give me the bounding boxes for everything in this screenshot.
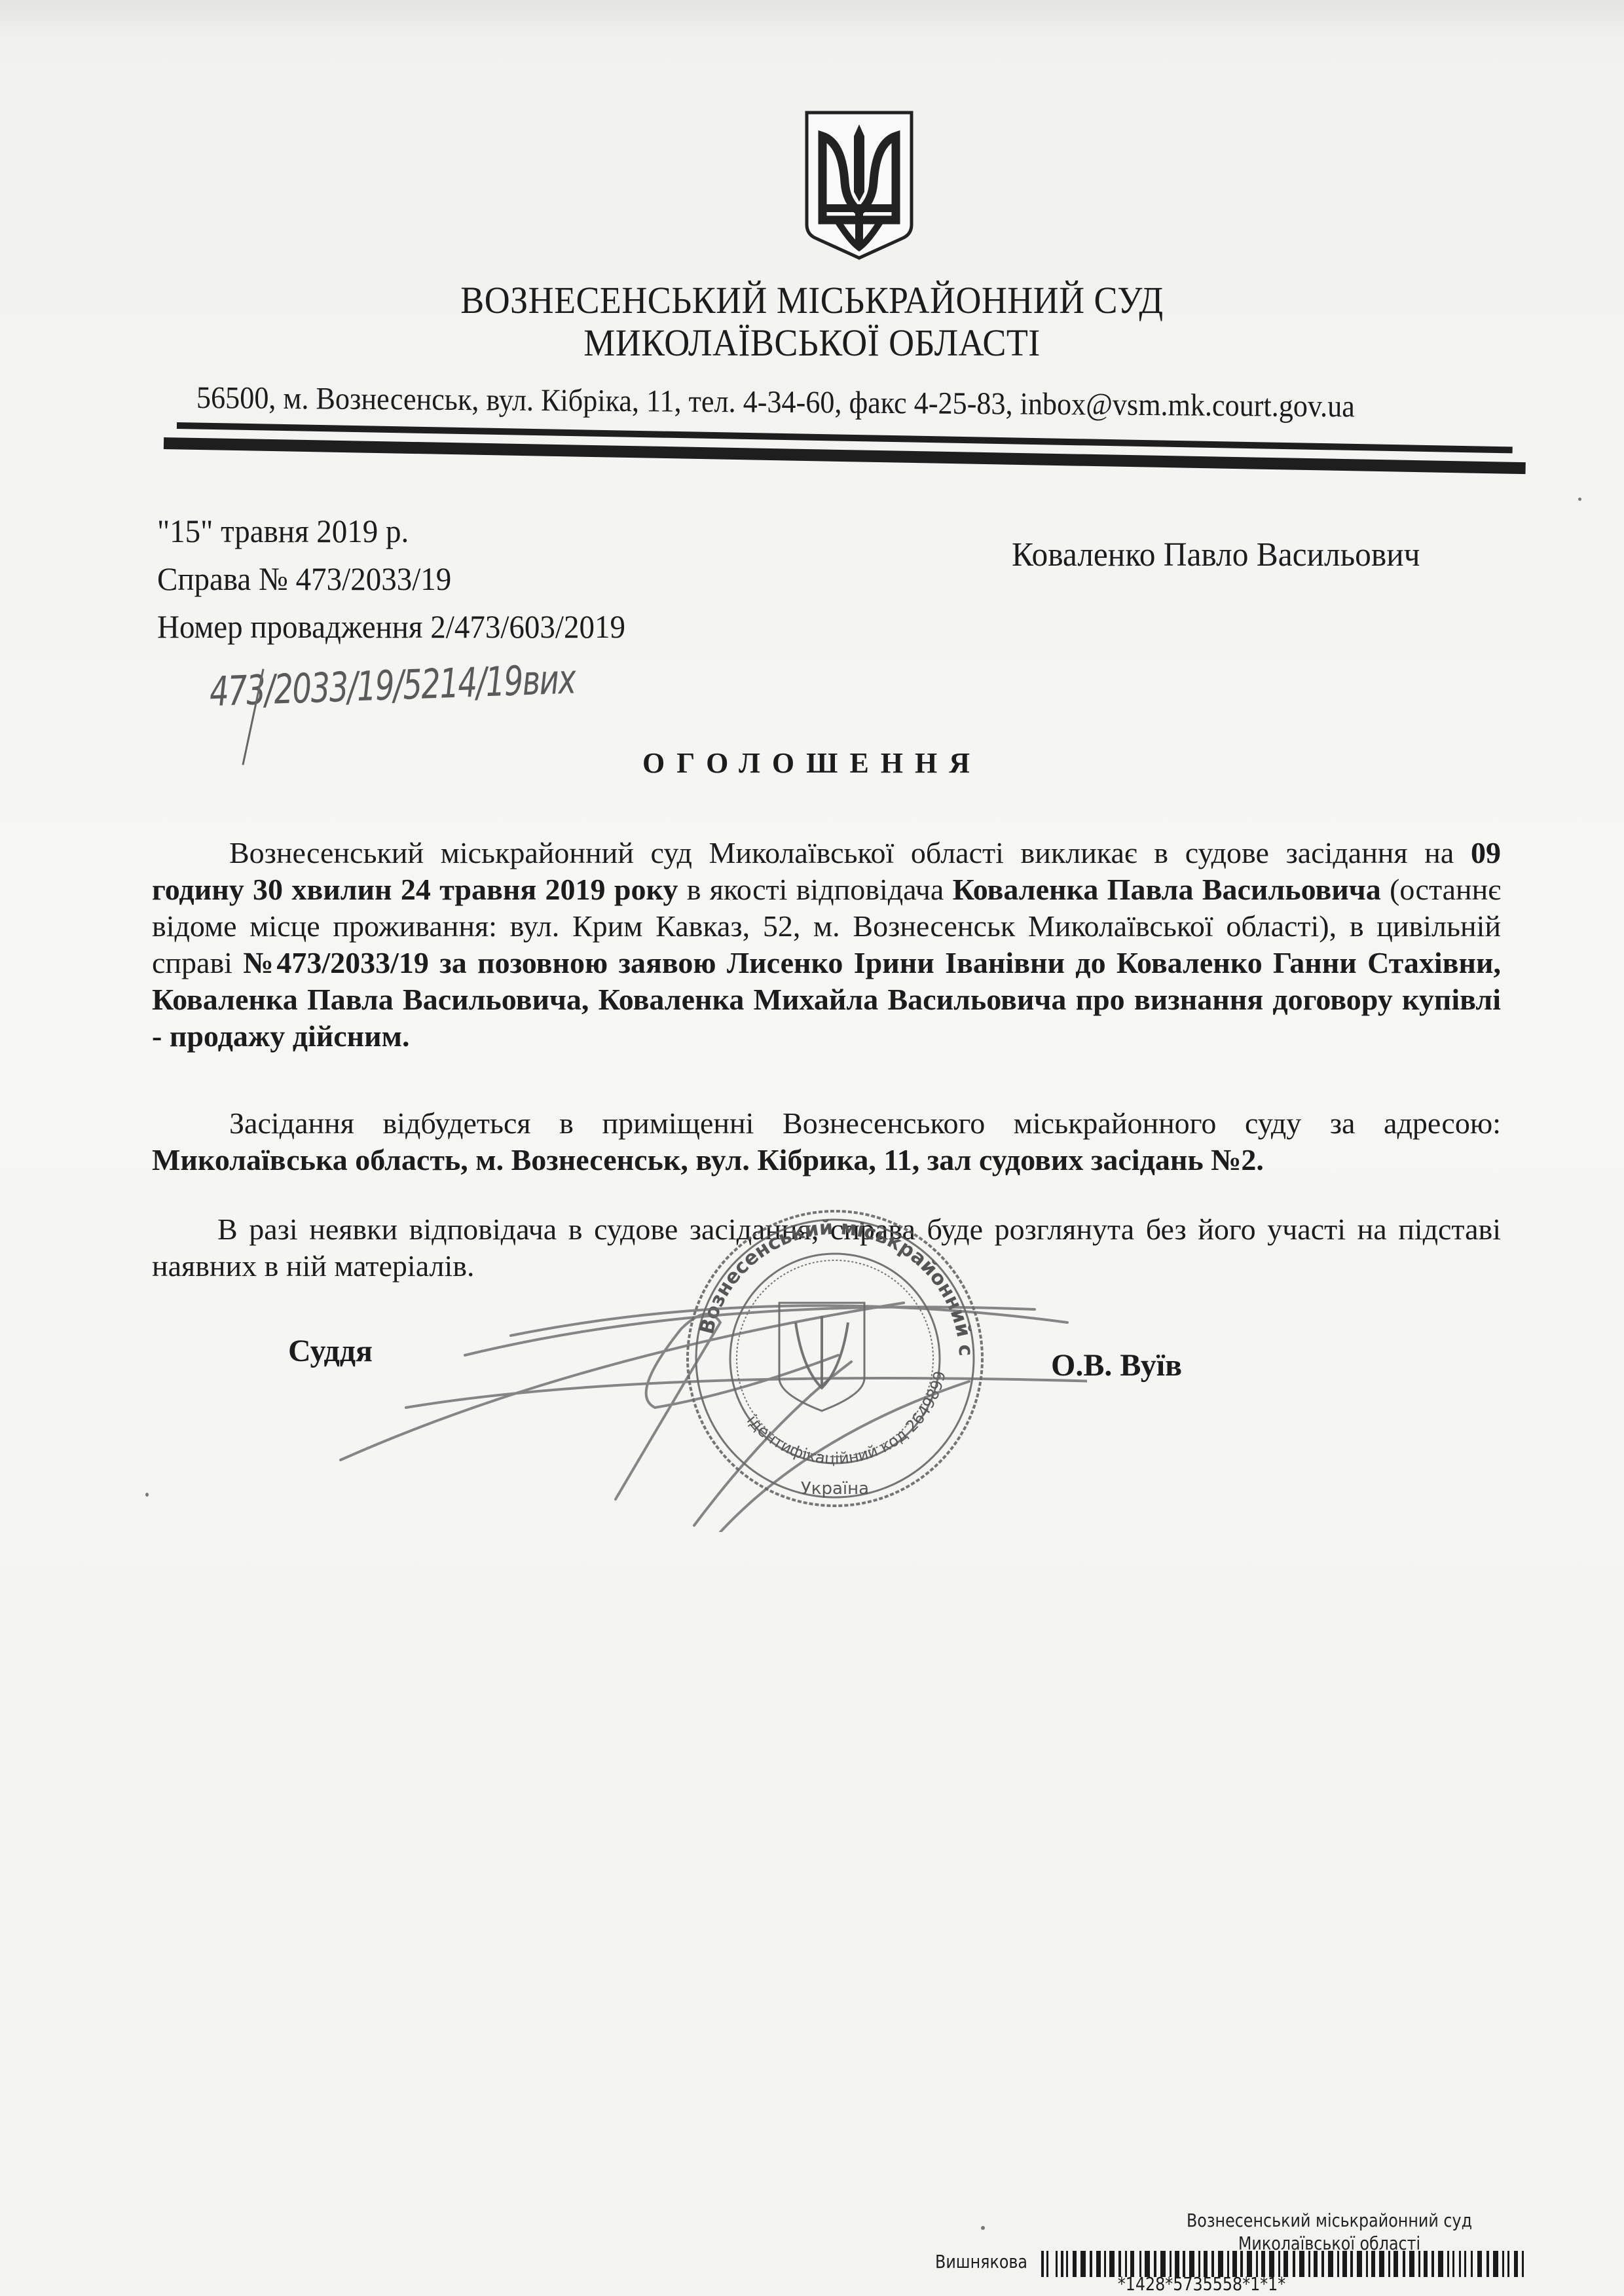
footer-court-line1: Вознесенський міськрайонний суд	[1062, 2210, 1596, 2231]
paragraph-summons: Вознесенський міськрайонний суд Миколаїв…	[152, 835, 1501, 1055]
paragraph-location: Засідання відбудеться в приміщенні Возне…	[152, 1105, 1501, 1178]
scan-speck	[145, 1493, 149, 1497]
text: Засідання відбудеться в приміщенні Возне…	[229, 1106, 1501, 1140]
court-name-line1: ВОЗНЕСЕНСЬКИЙ МІСЬКРАЙОННИЙ СУД	[57, 278, 1567, 322]
document-page: ВОЗНЕСЕНСЬКИЙ МІСЬКРАЙОННИЙ СУД МИКОЛАЇВ…	[0, 0, 1624, 2296]
case-description: №473/2033/19 за позовною заявою Лисенко …	[152, 946, 1501, 1053]
scan-speck	[1578, 498, 1581, 501]
text: Вознесенський міськрайонний суд Миколаїв…	[229, 836, 1471, 869]
proceeding-number: Номер провадження 2/473/603/2019	[157, 608, 625, 646]
recipient-name: Коваленко Павло Васильович	[1012, 536, 1420, 574]
court-name-line2: МИКОЛАЇВСЬКОЇ ОБЛАСТІ	[57, 321, 1567, 365]
judge-signature	[314, 1224, 1087, 1532]
document-title: ОГОЛОШЕННЯ	[0, 746, 1624, 780]
scan-speck	[981, 2226, 985, 2230]
scan-edge	[0, 0, 1624, 38]
text: в якості відповідача	[678, 873, 952, 906]
trident-coat-of-arms-icon	[804, 110, 914, 261]
case-number: Справа № 473/2033/19	[157, 560, 451, 598]
document-date: "15" травня 2019 р.	[157, 512, 409, 550]
barcode-number: *1428*5735558*1*1*	[1090, 2273, 1313, 2295]
hearing-address: Миколаївська область, м. Вознесенськ, ву…	[152, 1143, 1264, 1176]
clerk-name: Вишнякова	[935, 2251, 1027, 2272]
defendant-name: Коваленка Павла Васильовича	[953, 873, 1381, 906]
court-address: 56500, м. Вознесенськ, вул. Кібріка, 11,…	[196, 380, 1355, 424]
handwritten-outgoing-number: 473/2033/19/5214/19вих	[209, 655, 576, 716]
